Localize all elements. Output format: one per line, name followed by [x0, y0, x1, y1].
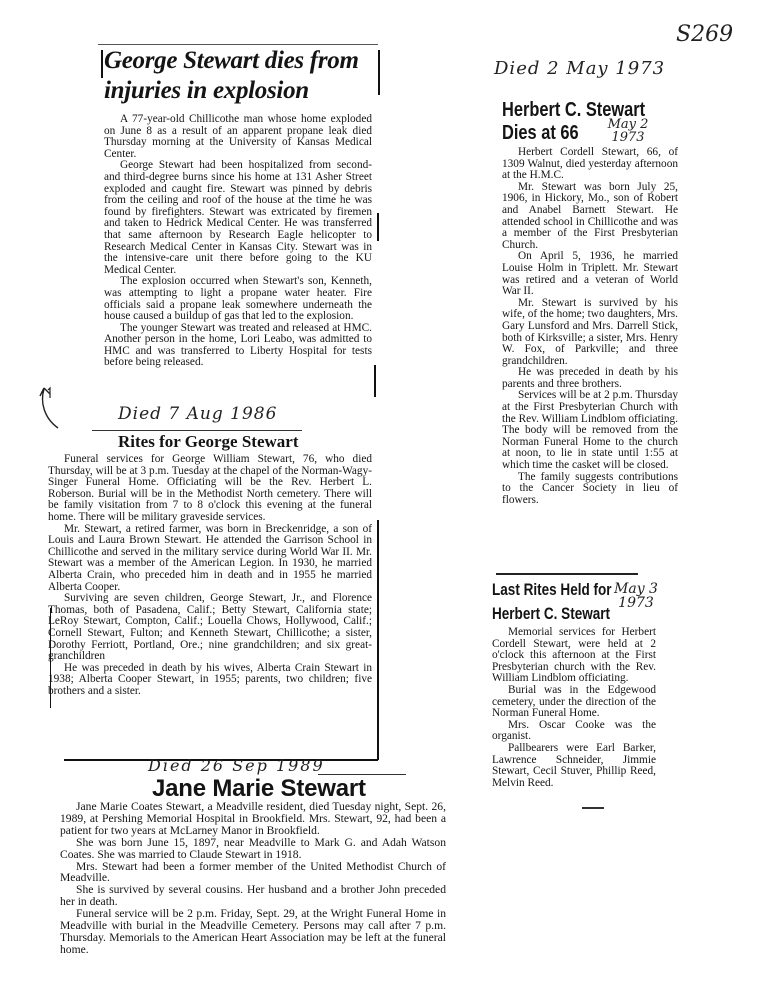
clipping-border-right [377, 520, 379, 760]
article-body: Funeral services for George William Stew… [48, 454, 372, 697]
handwritten-margin-date: May 2 1973 [598, 118, 658, 144]
clipping-border-right [378, 50, 380, 95]
clipping-border-top [98, 44, 378, 45]
article-herbert-rites: Memorial services for Herbert Cordell St… [492, 627, 656, 789]
article-paragraph: Mr. Stewart was born July 25, 1906, in H… [502, 182, 678, 252]
article-paragraph: Mrs. Oscar Cooke was the organist. [492, 720, 656, 743]
article-paragraph: He was preceded in death by his parents … [502, 367, 678, 390]
article-paragraph: A 77-year-old Chillicothe man whose home… [104, 114, 372, 160]
article-paragraph: She was born June 15, 1897, near Meadvil… [60, 837, 446, 861]
article-headline: Rites for George Stewart [118, 432, 298, 452]
handwritten-death-date: Died 2 May 1973 [494, 58, 665, 79]
article-paragraph: Pallbearers were Earl Barker, Lawrence S… [492, 743, 656, 789]
handwritten-death-date: Died 7 Aug 1986 [118, 404, 277, 424]
article-body: Jane Marie Coates Stewart, a Meadville r… [60, 801, 446, 956]
handwritten-page-number: S269 [676, 22, 733, 47]
article-jane: Jane Marie Coates Stewart, a Meadville r… [60, 801, 446, 956]
article-george-explosion: George Stewart dies from injuries in exp… [104, 46, 372, 369]
clipping-border-right [377, 213, 379, 241]
article-headline: Jane Marie Stewart [152, 775, 366, 803]
article-paragraph: The explosion occurred when Stewart's so… [104, 276, 372, 322]
clipping-border-left [101, 50, 103, 78]
article-paragraph: The younger Stewart was treated and rele… [104, 323, 372, 369]
article-paragraph: Funeral services for George William Stew… [48, 454, 372, 524]
article-paragraph: George Stewart had been hospitalized fro… [104, 160, 372, 276]
article-body: A 77-year-old Chillicothe man whose home… [104, 114, 372, 369]
article-paragraph: He was preceded in death by his wives, A… [48, 663, 372, 698]
article-body: Memorial services for Herbert Cordell St… [492, 627, 656, 789]
article-paragraph: Services will be at 2 p.m. Thursday at t… [502, 390, 678, 471]
article-paragraph: She is survived by several cousins. Her … [60, 884, 446, 908]
article-george-rites: Funeral services for George William Stew… [48, 454, 372, 697]
article-body: Herbert Cordell Stewart, 66, of 1309 Wal… [502, 147, 678, 506]
article-headline: George Stewart dies from injuries in exp… [104, 46, 372, 106]
article-paragraph: Burial was in the Edgewood cemetery, und… [492, 685, 656, 720]
article-paragraph: On April 5, 1936, he married Louise Holm… [502, 251, 678, 297]
article-paragraph: The family suggests contributions to the… [502, 472, 678, 507]
article-paragraph: Herbert Cordell Stewart, 66, of 1309 Wal… [502, 147, 678, 182]
article-herbert-dies: Herbert Cordell Stewart, 66, of 1309 Wal… [502, 147, 678, 506]
handwritten-death-date: Died 26 Sep 1989 [148, 756, 325, 775]
clipping-border-right [374, 365, 376, 397]
article-paragraph: Surviving are seven children, George Ste… [48, 593, 372, 663]
divider-rule [92, 430, 302, 431]
article-paragraph: Mr. Stewart, a retired farmer, was born … [48, 524, 372, 594]
article-paragraph: Jane Marie Coates Stewart, a Meadville r… [60, 801, 446, 837]
article-paragraph: Memorial services for Herbert Cordell St… [492, 627, 656, 685]
article-paragraph: Funeral service will be 2 p.m. Friday, S… [60, 908, 446, 956]
article-paragraph: Mrs. Stewart had been a former member of… [60, 861, 446, 885]
divider-rule [582, 807, 604, 809]
handwritten-margin-date: May 3 1973 [612, 582, 660, 610]
clipping-border-bottom [496, 573, 638, 575]
article-paragraph: Mr. Stewart is survived by his wife, of … [502, 298, 678, 368]
handwritten-arrow-icon [36, 384, 76, 434]
